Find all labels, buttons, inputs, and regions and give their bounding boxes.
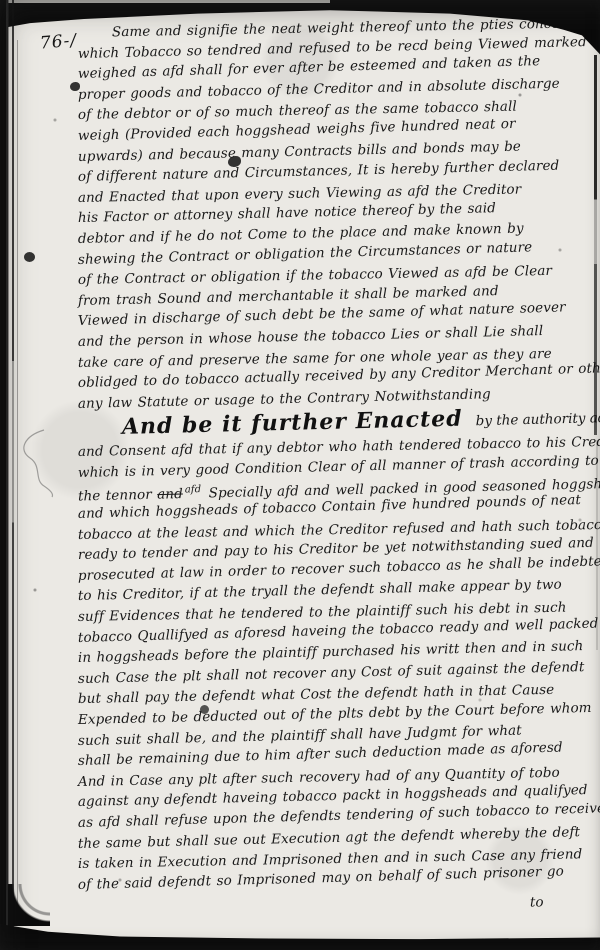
ink-blot: [24, 252, 35, 262]
page-corner-curve: [8, 884, 50, 926]
binding-line: [12, 0, 14, 950]
binding-line: [17, 40, 18, 920]
scan-border-right: [594, 55, 597, 435]
ink-blot: [200, 705, 209, 714]
scan-top-sliver: [0, 0, 330, 3]
section-heading-suffix: by the authority advice: [476, 410, 600, 430]
manuscript-text: Same and signifie the neat weight thereo…: [36, 23, 588, 917]
ink-blot: [70, 82, 80, 91]
scan-border-left: [0, 0, 9, 950]
scan-border-bottom: [0, 924, 600, 950]
inserted-word: afd: [185, 485, 202, 496]
catchword: to: [78, 891, 588, 922]
scan-border-right-faint: [596, 440, 598, 650]
manuscript-scan: 76-/ Same and signifie the neat weight t…: [0, 0, 600, 950]
